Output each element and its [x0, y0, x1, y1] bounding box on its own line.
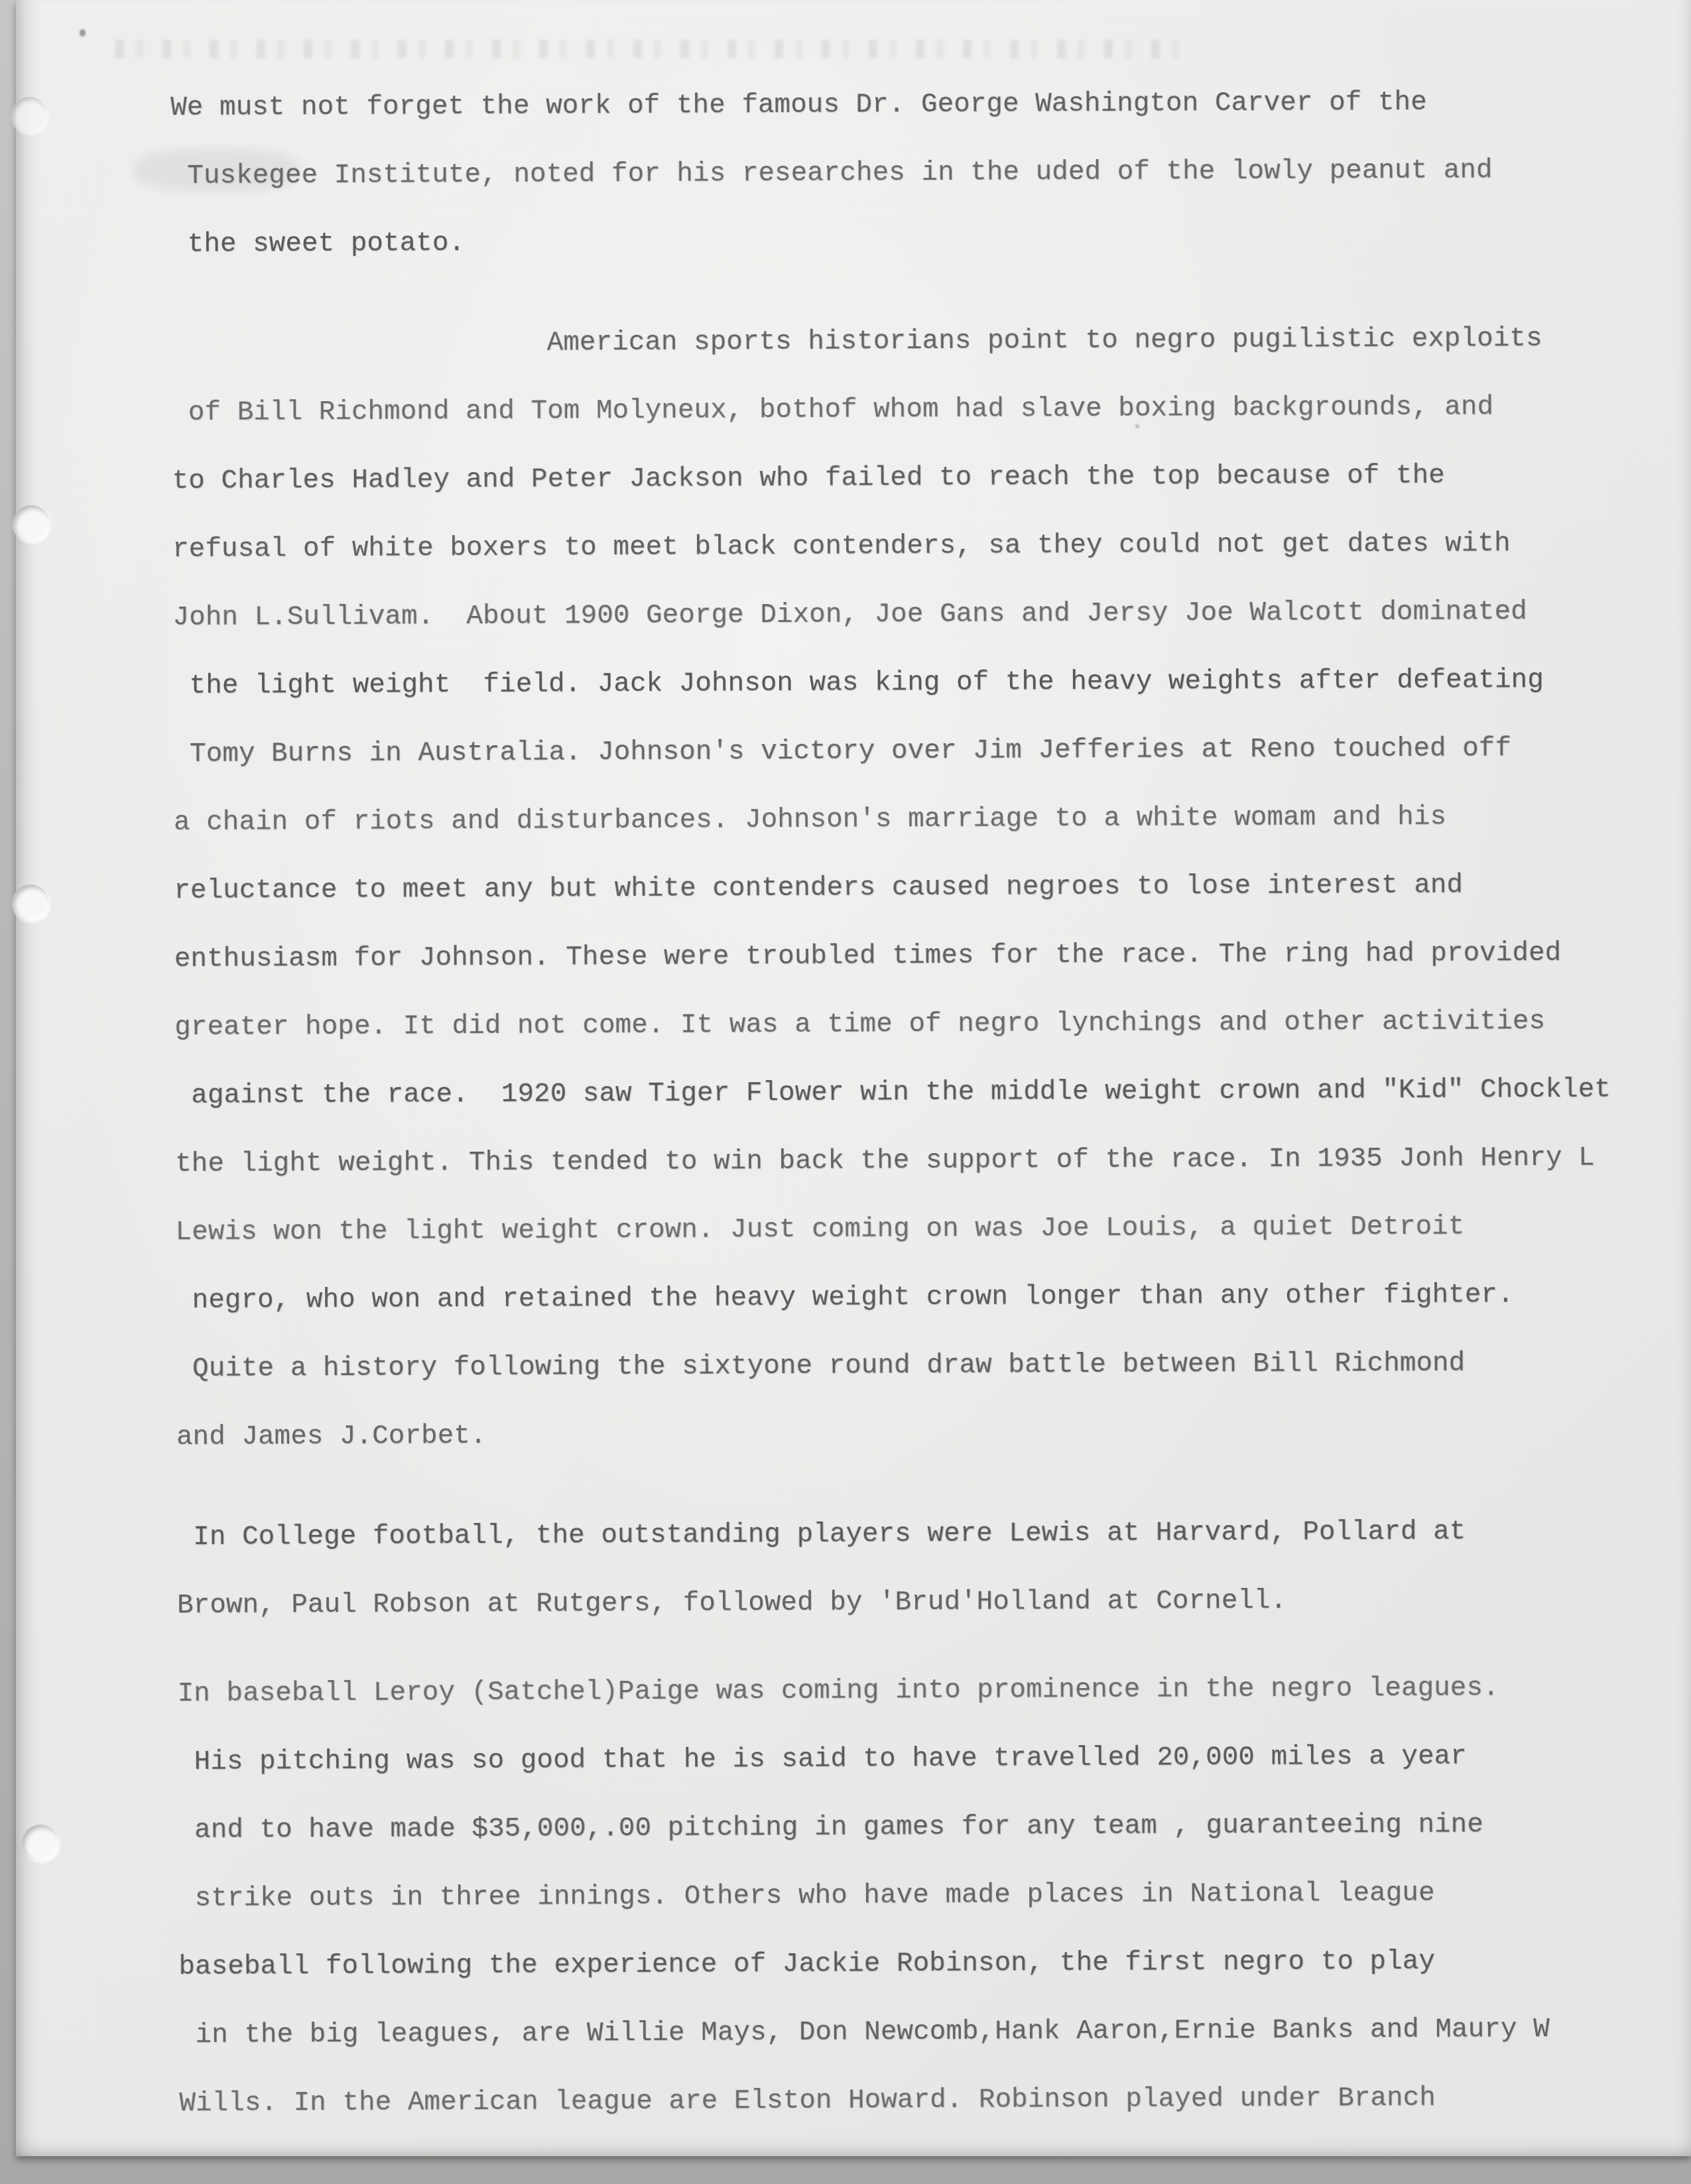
typed-line: John L.Sullivam. About 1900 George Dixon…: [172, 578, 1609, 652]
typed-line: negro, who won and retained the heavy we…: [176, 1261, 1612, 1335]
typed-line: Brown, Paul Robson at Rutgers, followed …: [177, 1566, 1613, 1640]
typed-line: Quite a history following the sixtyone r…: [176, 1329, 1612, 1404]
typed-line: Lewis won the light weight crown. Just c…: [175, 1193, 1611, 1267]
typed-line: refusal of white boxers to meet black co…: [172, 510, 1609, 584]
typed-line: against the race. 1920 saw Tiger Flower …: [175, 1056, 1611, 1130]
paragraph: In baseball Leroy (Satchel)Paige was com…: [177, 1654, 1615, 2138]
punch-hole: [12, 884, 49, 922]
typed-line: Tomy Burns in Australia. Johnson's victo…: [173, 715, 1609, 789]
paragraph: In College football, the outstanding pla…: [176, 1498, 1613, 1640]
typed-line: the sweet potato.: [171, 205, 1607, 279]
scanned-page: We must not forget the work of the famou…: [0, 0, 1691, 2184]
typed-line: In baseball Leroy (Satchel)Paige was com…: [177, 1654, 1613, 1729]
typed-line: We must not forget the work of the famou…: [170, 68, 1607, 143]
typed-line: of Bill Richmond and Tom Molyneux, botho…: [172, 373, 1608, 448]
typed-line: American sports historians point to negr…: [172, 305, 1608, 379]
dust-speck: [80, 29, 86, 36]
typed-line: the light weight field. Jack Johnson was…: [173, 646, 1609, 721]
typed-line: Wills. In the American league are Elston…: [179, 2064, 1615, 2138]
ghost-typed-line: [115, 40, 1190, 58]
typed-line: baseball following the experience of Jac…: [178, 1927, 1615, 2002]
typed-line: and to have made $35,000,.00 pitching in…: [178, 1791, 1614, 1865]
typed-line: His pitching was so good that he is said…: [178, 1723, 1614, 1797]
typed-line: In College football, the outstanding pla…: [176, 1498, 1613, 1572]
typed-line: Tuskegee Institute, noted for his resear…: [170, 137, 1607, 211]
typed-line: to Charles Hadley and Peter Jackson who …: [172, 442, 1608, 516]
punch-hole: [13, 505, 50, 542]
paragraph: We must not forget the work of the famou…: [170, 68, 1607, 279]
typed-line: greater hope. It did not come. It was a …: [174, 988, 1611, 1062]
paper-sheet: We must not forget the work of the famou…: [16, 0, 1691, 2156]
typed-line: strike outs in three innings. Others who…: [178, 1859, 1615, 1933]
punch-hole: [22, 1825, 59, 1862]
punch-hole: [11, 97, 48, 134]
paragraph: American sports historians point to negr…: [172, 305, 1613, 1472]
typed-line: and James J.Corbet.: [176, 1398, 1613, 1472]
typed-line: a chain of riots and disturbances. Johns…: [174, 783, 1610, 857]
typed-line: in the big leagues, are Willie Mays, Don…: [179, 1996, 1615, 2070]
typed-text: We must not forget the work of the famou…: [170, 68, 1615, 2138]
typed-line: the light weight. This tended to win bac…: [175, 1124, 1611, 1199]
typed-line: enthusiasm for Johnson. These were troub…: [174, 920, 1611, 994]
typed-line: reluctance to meet any but white contend…: [174, 851, 1610, 926]
